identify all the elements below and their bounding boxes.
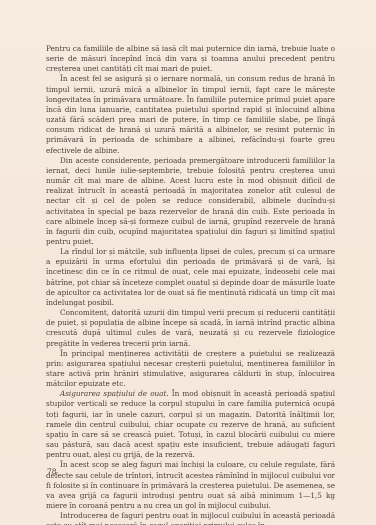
paragraph-1: Pentru ca familiile de albine să iasă cî… xyxy=(46,44,335,74)
section-heading-italic: Asigurarea spațiului de ouat. xyxy=(60,389,169,398)
body-text: Pentru ca familiile de albine să iasă cî… xyxy=(46,44,335,525)
paragraph-5: Concomitent, datorită uzurii din timpul … xyxy=(46,308,335,349)
paragraph-7-text: În mod obișnuit în această perioadă spaț… xyxy=(46,389,335,459)
page-number: 78 xyxy=(47,467,57,476)
book-page: Pentru ca familiile de albine să iasă cî… xyxy=(0,0,376,525)
paragraph-8: În acest scop se aleg faguri mai închiși… xyxy=(46,460,335,511)
paragraph-3: Din aceste considerente, perioada premer… xyxy=(46,156,335,247)
paragraph-4: La rîndul lor și mătcile, sub influența … xyxy=(46,247,335,308)
paragraph-2: În acest fel se asigură și o iernare nor… xyxy=(46,74,335,155)
paragraph-6: În principal menținerea activității de c… xyxy=(46,349,335,390)
paragraph-7: Asigurarea spațiului de ouat. În mod obi… xyxy=(46,389,335,460)
paragraph-9: Introducerea de faguri pentru ouat în mi… xyxy=(46,511,335,525)
